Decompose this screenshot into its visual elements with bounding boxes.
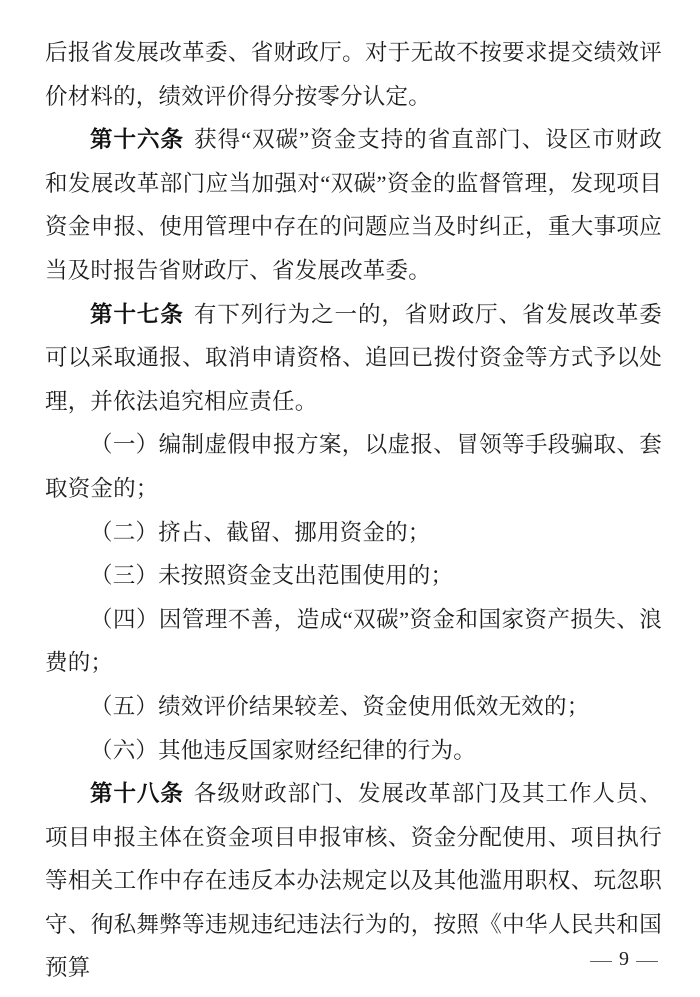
list-item-2: （二）挤占、截留、挪用资金的； (45, 511, 662, 555)
footer-dash-left: — (590, 951, 612, 969)
paragraph-continuation: 后报省发展改革委、省财政厅。对于无故不按要求提交绩效评价材料的，绩效评价得分按零… (45, 31, 662, 118)
list-item-5: （五）绩效评价结果较差、资金使用低效无效的； (45, 685, 662, 729)
article-16-number: 第十六条 (90, 127, 184, 152)
document-body: 后报省发展改革委、省财政厅。对于无故不按要求提交绩效评价材料的，绩效评价得分按零… (45, 31, 662, 990)
list-item-1: （一）编制虚假申报方案，以虚报、冒领等手段骗取、套取资金的； (45, 423, 662, 510)
article-17-paragraph: 第十七条有下列行为之一的，省财政厅、省发展改革委可以采取通报、取消申请资格、追回… (45, 293, 662, 424)
article-18-text: 各级财政部门、发展改革部门及其工作人员、项目申报主体在资金项目申报审核、资金分配… (45, 781, 662, 980)
list-item-4: （四）因管理不善，造成“双碳”资金和国家资产损失、浪费的； (45, 598, 662, 685)
list-item-3: （三）未按照资金支出范围使用的； (45, 554, 662, 598)
article-18-paragraph: 第十八条各级财政部门、发展改革部门及其工作人员、项目申报主体在资金项目申报审核、… (45, 772, 662, 990)
list-item-6: （六）其他违反国家财经纪律的行为。 (45, 729, 662, 773)
page-number: 9 (619, 948, 629, 971)
footer-dash-right: — (636, 951, 658, 969)
article-17-number: 第十七条 (90, 302, 184, 327)
document-page: 后报省发展改革委、省财政厅。对于无故不按要求提交绩效评价材料的，绩效评价得分按零… (0, 0, 700, 997)
page-footer: — 9 — (592, 948, 656, 971)
article-18-number: 第十八条 (90, 781, 184, 806)
article-16-paragraph: 第十六条获得“双碳”资金支持的省直部门、设区市财政和发展改革部门应当加强对“双碳… (45, 118, 662, 292)
